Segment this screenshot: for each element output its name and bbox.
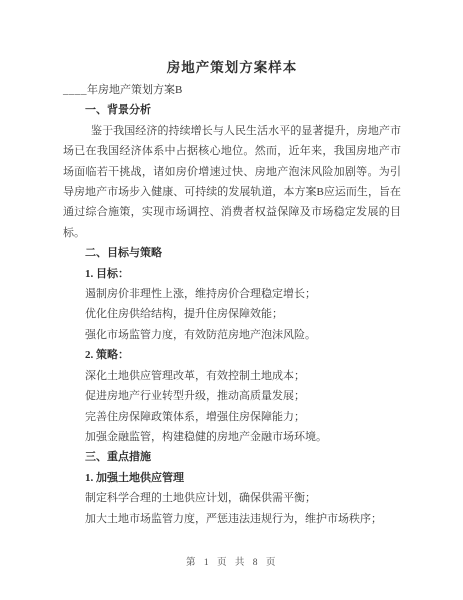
list-item: 制定科学合理的土地供应计划，确保供需平衡；	[63, 488, 401, 508]
section-heading: 二、目标与策略	[63, 243, 401, 263]
list-item: 优化住房供给结构，提升住房保障效能；	[63, 304, 401, 324]
document-subtitle: ____年房地产策划方案B	[63, 80, 401, 100]
paragraph: 鉴于我国经济的持续增长与人民生活水平的显著提升，房地产市场已在我国经济体系中占据…	[63, 121, 401, 243]
list-item: 促进房地产行业转型升级，推动高质量发展；	[63, 386, 401, 406]
list-item: 完善住房保障政策体系，增强住房保障能力；	[63, 407, 401, 427]
list-item: 深化土地供应管理改革，有效控制土地成本；	[63, 366, 401, 386]
section-heading: 一、背景分析	[63, 100, 401, 120]
list-item: 强化市场监管力度，有效防范房地产泡沫风险。	[63, 325, 401, 345]
list-item: 遏制房价非理性上涨，维持房价合理稳定增长；	[63, 284, 401, 304]
fill-in-blank-underline: ____	[63, 84, 87, 96]
document-body: 一、背景分析鉴于我国经济的持续增长与人民生活水平的显著提升，房地产市场已在我国经…	[63, 100, 401, 529]
list-item: 加大土地市场监管力度，严惩违法违规行为，维护市场秩序；	[63, 509, 401, 529]
document-subtitle-text: 年房地产策划方案B	[87, 84, 182, 96]
page-number: 第 1 页 共 8 页	[0, 556, 463, 570]
section-heading: 三、重点措施	[63, 447, 401, 467]
list-item: 加强金融监管，构建稳健的房地产金融市场环境。	[63, 427, 401, 447]
sub-heading: 1. 目标：	[63, 264, 401, 284]
sub-heading: 2. 策略：	[63, 345, 401, 365]
document-title: 房地产策划方案样本	[63, 56, 401, 80]
sub-heading: 1. 加强土地供应管理	[63, 468, 401, 488]
document-page: 房地产策划方案样本 ____年房地产策划方案B 一、背景分析鉴于我国经济的持续增…	[0, 0, 463, 600]
